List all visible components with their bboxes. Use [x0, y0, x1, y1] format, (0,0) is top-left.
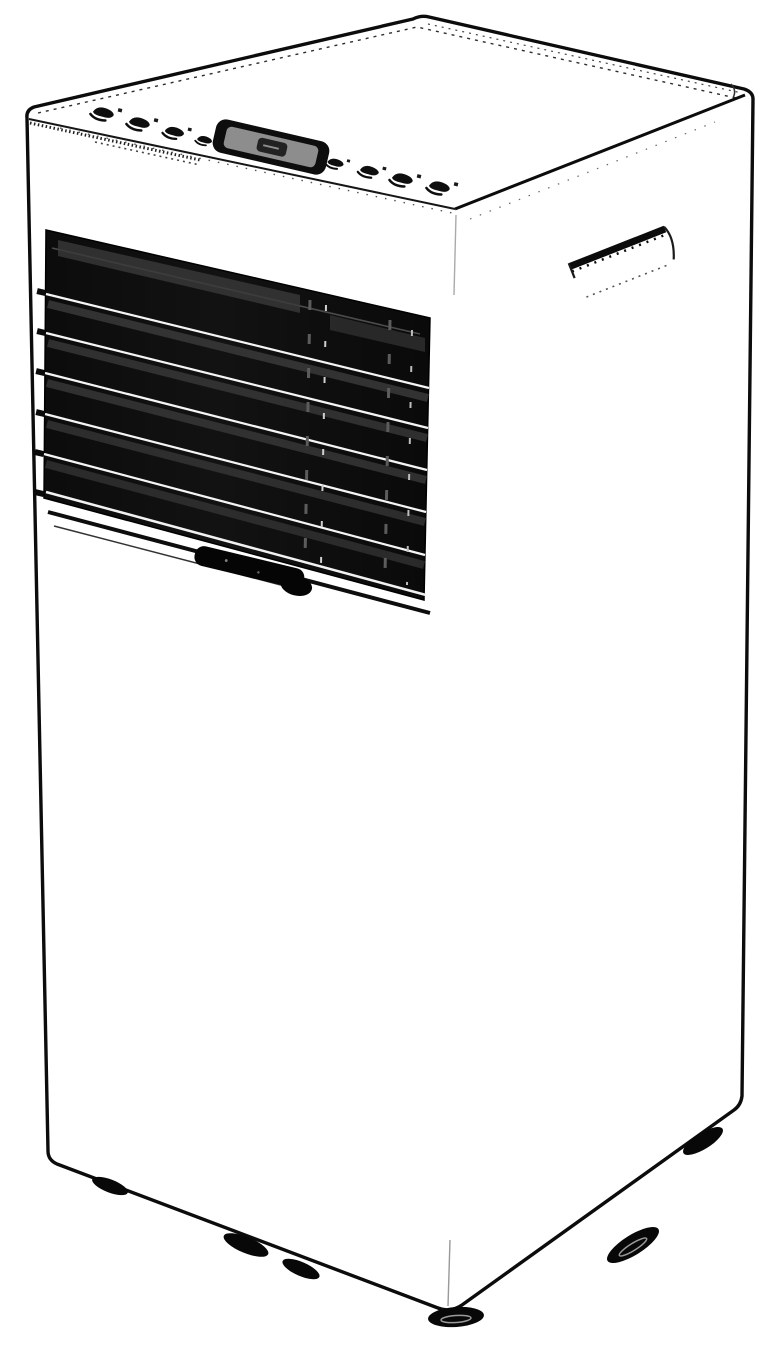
unit-silhouette	[27, 16, 753, 1310]
illustration-canvas	[0, 0, 770, 1350]
ac-unit-drawing	[0, 0, 770, 1350]
caster-wheel-5	[602, 1221, 663, 1270]
